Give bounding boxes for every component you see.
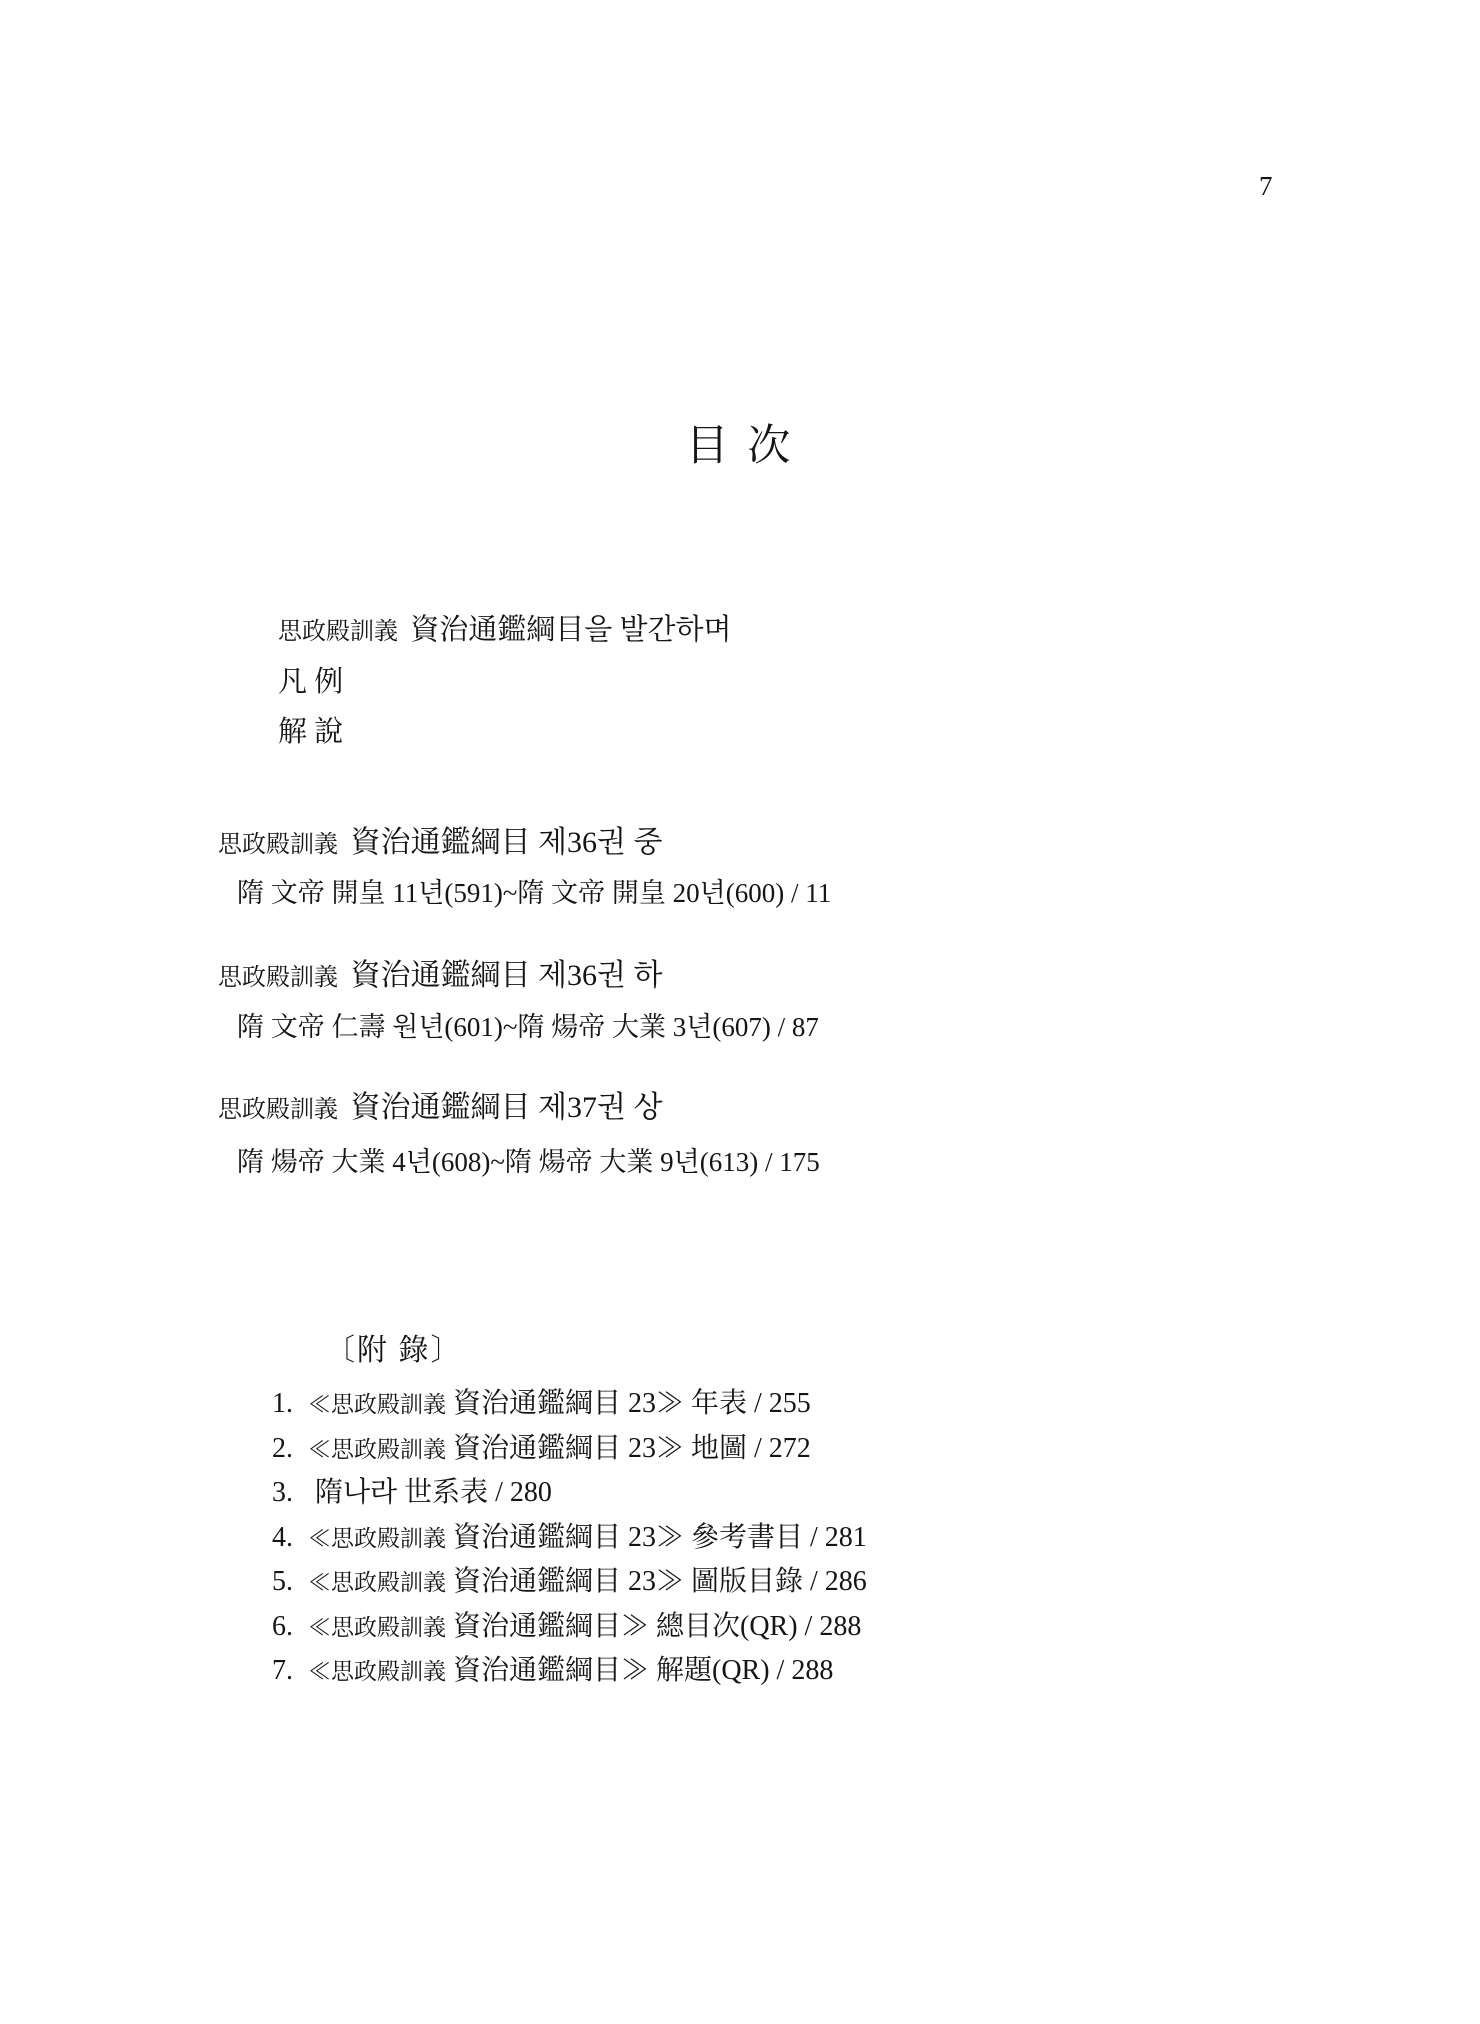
section-heading-vol36-ha: 思政殿訓義 資治通鑑綱目 제36권 하 [218, 959, 662, 994]
item-number: 6. [272, 1605, 308, 1649]
item-number: 1. [272, 1382, 308, 1426]
section-range-vol36-jung: 隋 文帝 開皇 11년(591)~隋 文帝 開皇 20년(600) / 11 [237, 878, 831, 909]
document-page: 7 目 次 思政殿訓義 資治通鑑綱目을 발간하며 凡 例 解 說 思政殿訓義 資… [0, 0, 1480, 2024]
item-number: 3. [272, 1471, 308, 1515]
series-prefix: 思政殿訓義 [218, 832, 338, 858]
front-matter-publication-line: 思政殿訓義 資治通鑑綱目을 발간하며 [278, 614, 732, 647]
item-number: 2. [272, 1427, 308, 1471]
item-text: 資治通鑑綱目 23≫ 參考書目 / 281 [453, 1522, 867, 1553]
series-prefix: ≪思政殿訓義 [308, 1526, 446, 1551]
appendix-item-5: 5.≪思政殿訓義 資治通鑑綱目 23≫ 圖版目錄 / 286 [272, 1560, 867, 1605]
series-prefix: 思政殿訓義 [278, 619, 398, 645]
item-text: 資治通鑑綱目≫ 解題(QR) / 288 [453, 1655, 833, 1686]
publication-title: 資治通鑑綱目을 발간하며 [410, 614, 731, 646]
appendix-item-1: 1.≪思政殿訓義 資治通鑑綱目 23≫ 年表 / 255 [272, 1382, 867, 1427]
page-title: 目 次 [0, 423, 1480, 470]
item-text: 隋나라 世系表 / 280 [315, 1477, 552, 1508]
item-text: 資治通鑑綱目 23≫ 地圖 / 272 [453, 1433, 811, 1464]
item-number: 5. [272, 1560, 308, 1604]
appendix-item-7: 7.≪思政殿訓義 資治通鑑綱目≫ 解題(QR) / 288 [272, 1649, 867, 1694]
appendix-list: 1.≪思政殿訓義 資治通鑑綱目 23≫ 年表 / 255 2.≪思政殿訓義 資治… [272, 1382, 867, 1694]
appendix-item-4: 4.≪思政殿訓義 資治通鑑綱目 23≫ 參考書目 / 281 [272, 1516, 867, 1561]
series-prefix: ≪思政殿訓義 [308, 1659, 446, 1684]
series-prefix: ≪思政殿訓義 [308, 1615, 446, 1640]
front-matter-beomnye-line: 凡 例 [278, 666, 343, 699]
section-range-vol37-sang: 隋 煬帝 大業 4년(608)~隋 煬帝 大業 9년(613) / 175 [237, 1147, 820, 1178]
front-matter-haeseol-line: 解 說 [278, 716, 343, 749]
appendix-item-6: 6.≪思政殿訓義 資治通鑑綱目≫ 總目次(QR) / 288 [272, 1605, 867, 1650]
appendix-item-3: 3. 隋나라 世系表 / 280 [272, 1471, 867, 1516]
item-text: 資治通鑑綱目 23≫ 圖版目錄 / 286 [453, 1566, 867, 1597]
item-text: 資治通鑑綱目 23≫ 年表 / 255 [453, 1388, 811, 1419]
series-prefix: ≪思政殿訓義 [308, 1570, 446, 1595]
section-title: 資治通鑑綱目 제36권 하 [351, 959, 663, 992]
section-heading-vol37-sang: 思政殿訓義 資治通鑑綱目 제37권 상 [218, 1091, 662, 1126]
appendix-heading: 〔附 錄〕 [325, 1334, 463, 1369]
section-title: 資治通鑑綱目 제37권 상 [351, 1091, 663, 1124]
item-number: 7. [272, 1649, 308, 1693]
series-prefix: 思政殿訓義 [218, 1097, 338, 1123]
section-title: 資治通鑑綱目 제36권 중 [351, 826, 663, 859]
section-range-vol36-ha: 隋 文帝 仁壽 원년(601)~隋 煬帝 大業 3년(607) / 87 [237, 1012, 819, 1043]
item-number: 4. [272, 1516, 308, 1560]
section-heading-vol36-jung: 思政殿訓義 資治通鑑綱目 제36권 중 [218, 826, 662, 861]
series-prefix: ≪思政殿訓義 [308, 1392, 446, 1417]
series-prefix: ≪思政殿訓義 [308, 1437, 446, 1462]
appendix-item-2: 2.≪思政殿訓義 資治通鑑綱目 23≫ 地圖 / 272 [272, 1427, 867, 1472]
page-number: 7 [1259, 172, 1273, 202]
series-prefix: 思政殿訓義 [218, 965, 338, 991]
item-text: 資治通鑑綱目≫ 總目次(QR) / 288 [453, 1611, 861, 1642]
